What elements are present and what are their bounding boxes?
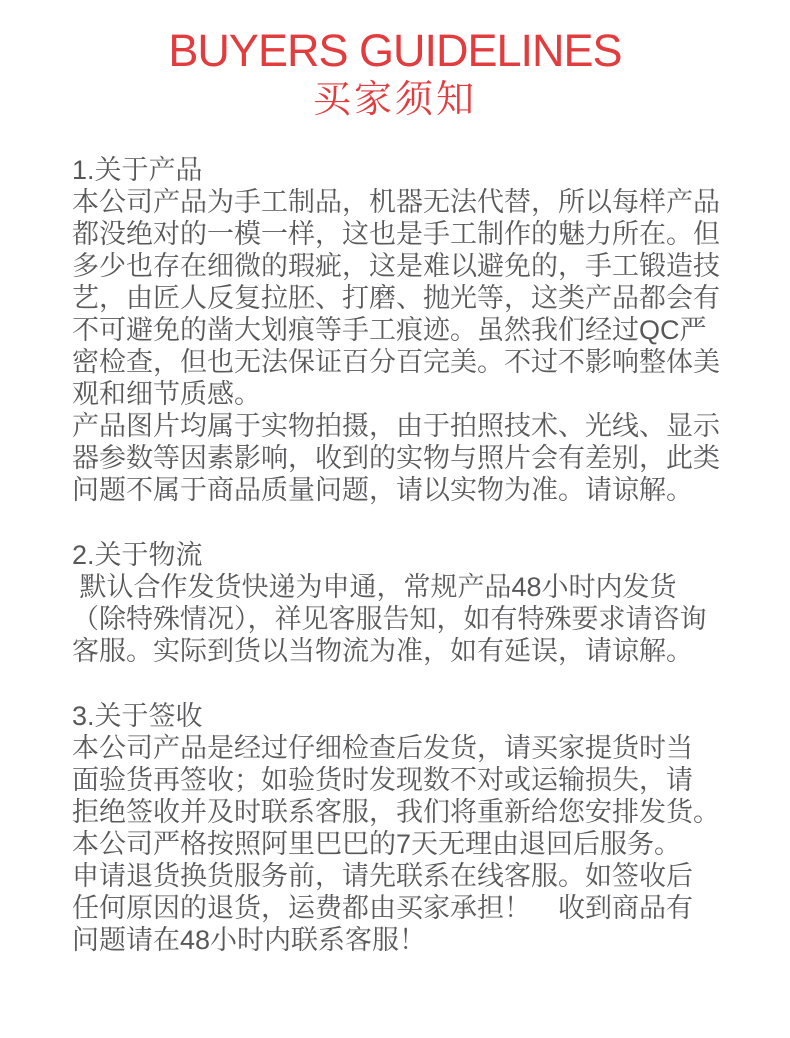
section-about-receipt: 3.关于签收 本公司产品是经过仔细检查后发货，请买家提货时当 面验货再签收；如验… — [72, 700, 726, 956]
buyers-guidelines-page: BUYERS GUIDELINES 买家须知 1.关于产品 本公司产品为手工制品… — [0, 0, 790, 1038]
page-title-chinese: 买家须知 — [0, 81, 790, 121]
guidelines-content: 1.关于产品 本公司产品为手工制品，机器无法代替，所以每样产品 都没绝对的一模一… — [72, 154, 726, 956]
section-about-logistics-heading: 2.关于物流 — [72, 539, 726, 571]
section-about-logistics-body: 默认合作发货快递为申通，常规产品48小时内发货 （除特殊情况），祥见客服告知，如… — [72, 571, 726, 667]
section-about-product-heading: 1.关于产品 — [72, 154, 726, 186]
section-about-receipt-heading: 3.关于签收 — [72, 700, 726, 732]
section-about-product-body: 本公司产品为手工制品，机器无法代替，所以每样产品 都没绝对的一模一样，这也是手工… — [72, 186, 726, 506]
section-about-product: 1.关于产品 本公司产品为手工制品，机器无法代替，所以每样产品 都没绝对的一模一… — [72, 154, 726, 506]
page-header: BUYERS GUIDELINES 买家须知 — [0, 27, 790, 121]
section-about-logistics: 2.关于物流 默认合作发货快递为申通，常规产品48小时内发货 （除特殊情况），祥… — [72, 539, 726, 667]
section-about-receipt-body: 本公司产品是经过仔细检查后发货，请买家提货时当 面验货再签收；如验货时发现数不对… — [72, 732, 726, 956]
page-title-english: BUYERS GUIDELINES — [0, 27, 790, 74]
